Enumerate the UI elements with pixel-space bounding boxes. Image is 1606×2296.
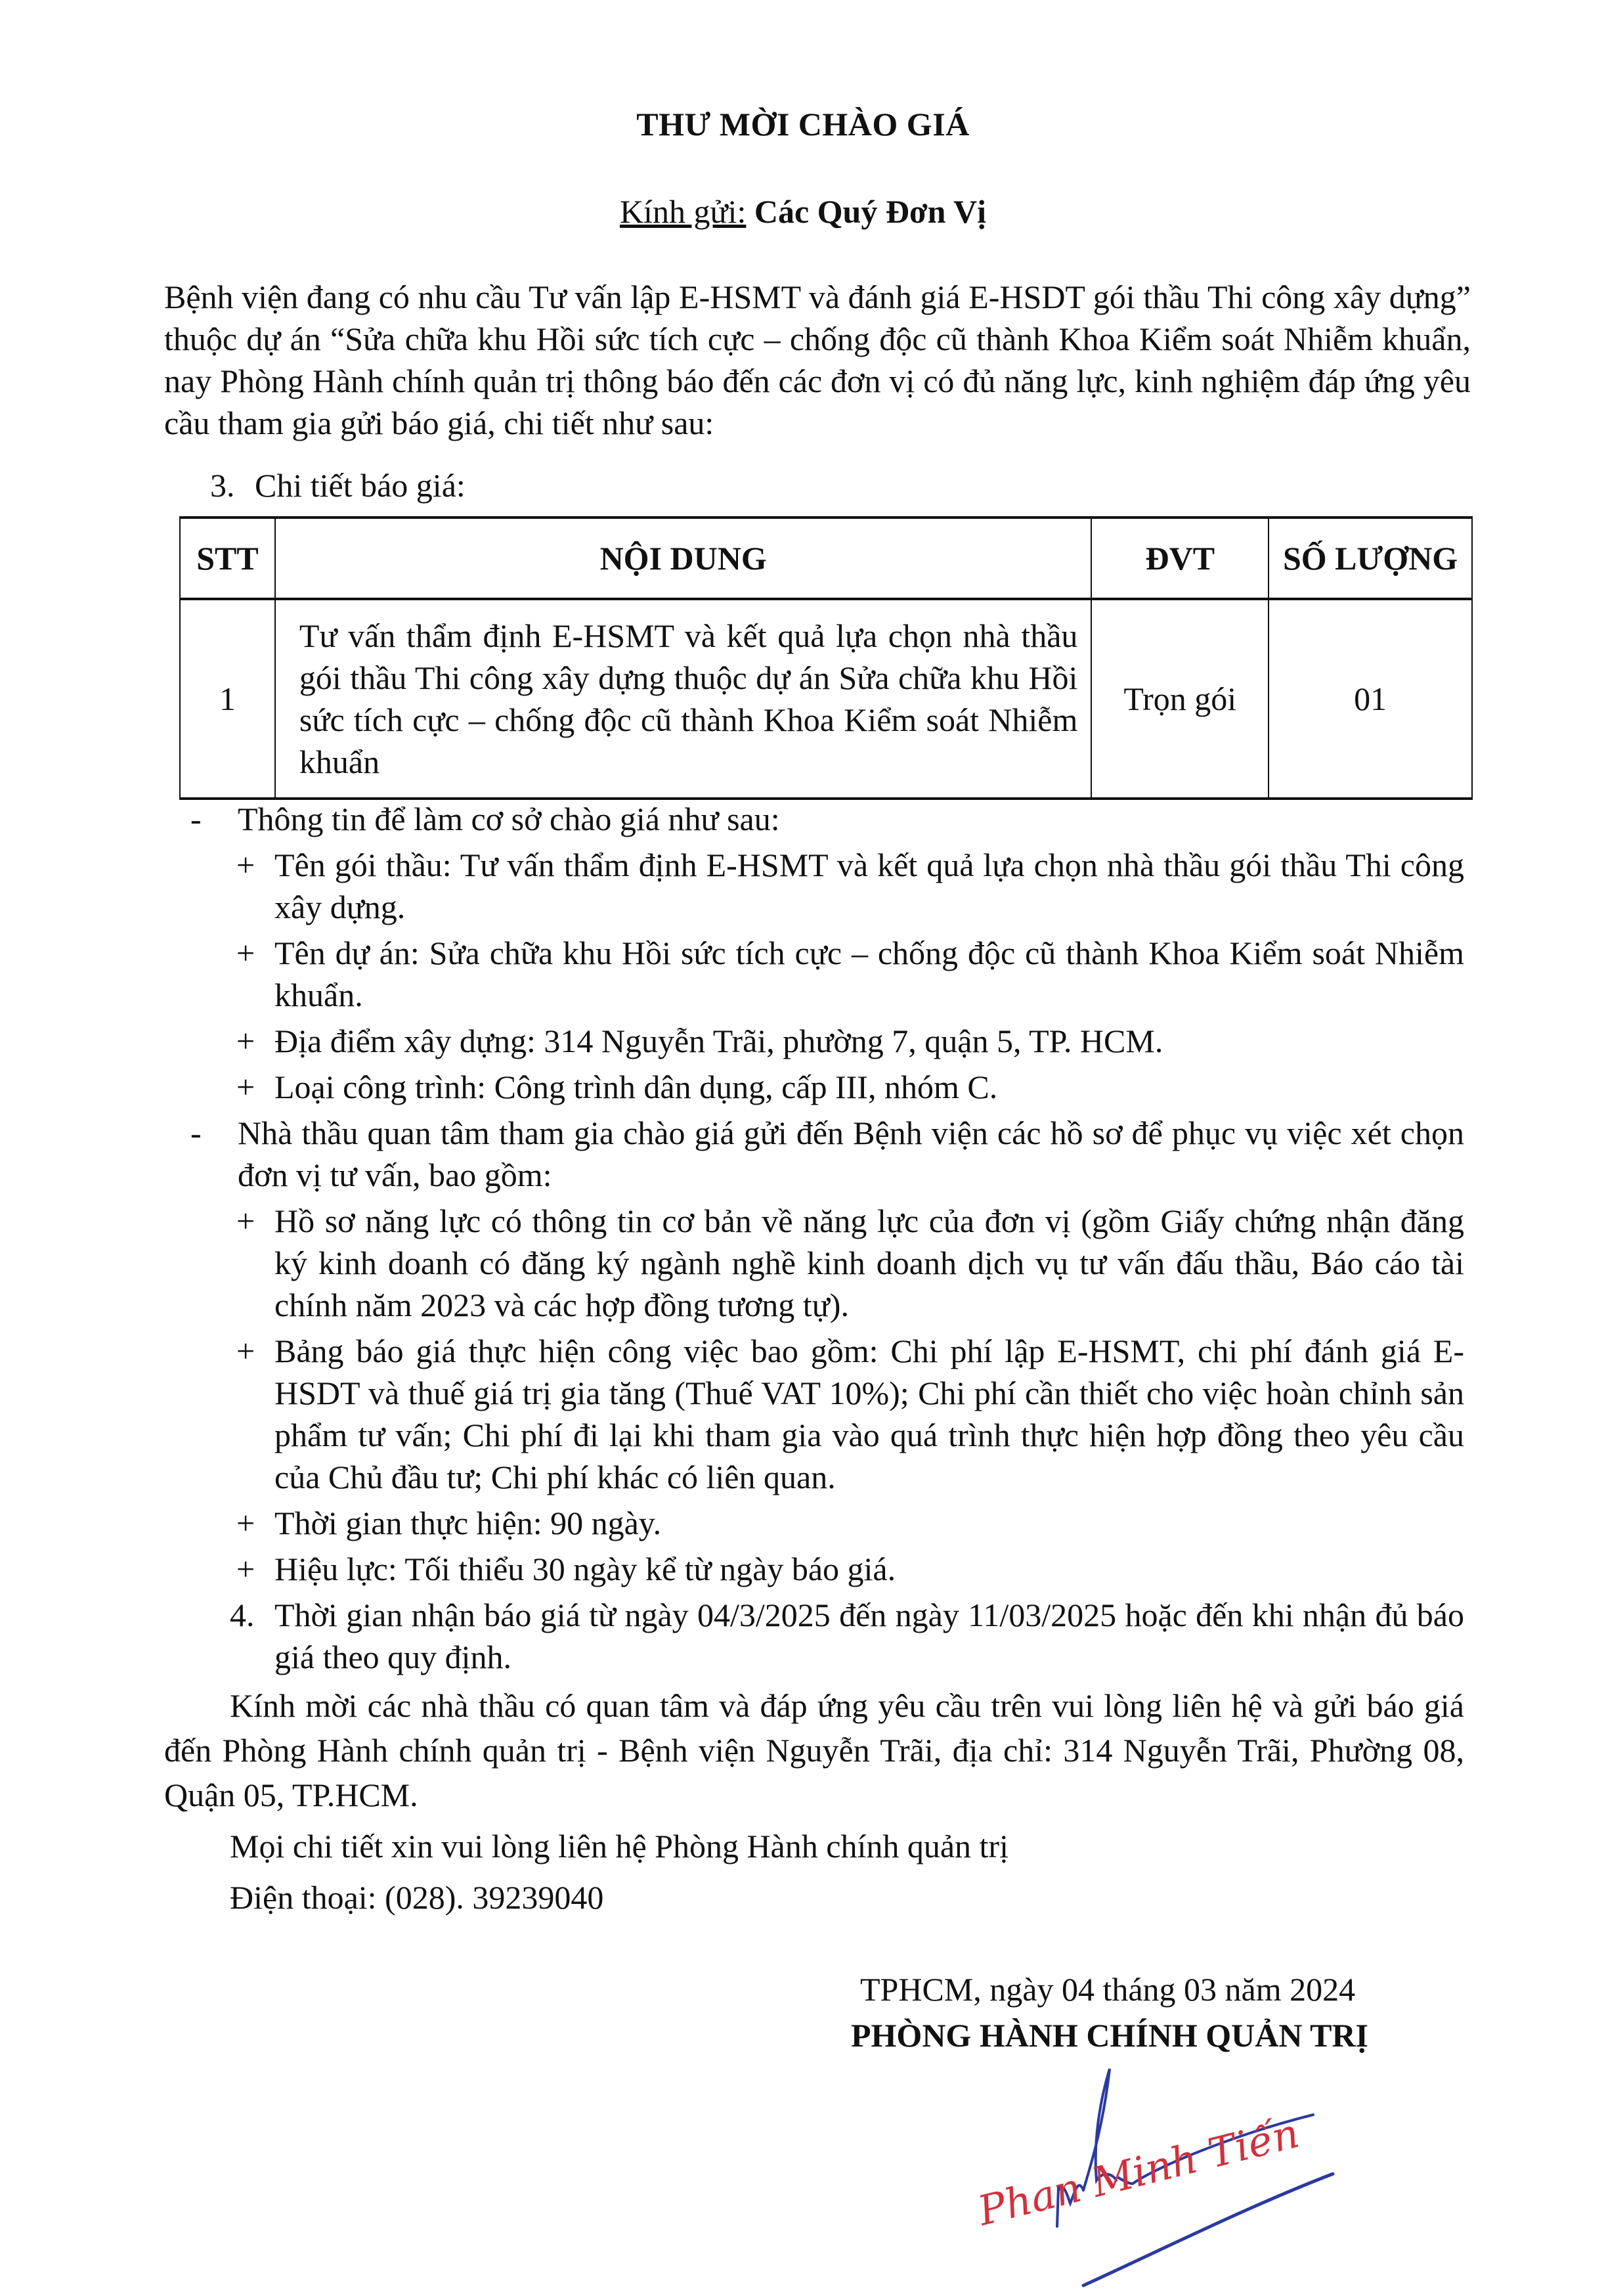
- list-item: + Hiệu lực: Tối thiểu 30 ngày kể từ ngày…: [177, 1548, 1464, 1590]
- basis-heading: - Thông tin để làm cơ sở chào giá như sa…: [177, 798, 1464, 840]
- header-quantity: SỐ LƯỢNG: [1269, 518, 1472, 599]
- section-3-number: 3.: [210, 467, 235, 504]
- section-4: 4. Thời gian nhận báo giá từ ngày 04/3/2…: [177, 1594, 1464, 1678]
- section-4-number: 4.: [230, 1594, 255, 1636]
- list-item-text: Loại công trình: Công trình dân dụng, cấ…: [274, 1069, 997, 1105]
- plus-bullet: +: [236, 1066, 255, 1108]
- cell-content: Tư vấn thẩm định E-HSMT và kết quả lựa c…: [275, 599, 1091, 799]
- list-item: + Thời gian thực hiện: 90 ngày.: [177, 1502, 1464, 1544]
- section-4-text: Thời gian nhận báo giá từ ngày 04/3/2025…: [274, 1597, 1464, 1675]
- plus-bullet: +: [236, 1330, 255, 1372]
- greeting-line: Kính gửi: Các Quý Đơn Vị: [0, 192, 1606, 231]
- cell-stt: 1: [180, 599, 275, 799]
- sign-date: TPHCM, ngày 04 tháng 03 năm 2024: [860, 1970, 1355, 2008]
- greeting-label: Kính gửi:: [620, 193, 746, 230]
- plus-bullet: +: [236, 1548, 255, 1590]
- documents-heading-text: Nhà thầu quan tâm tham gia chào giá gửi …: [238, 1115, 1464, 1193]
- details-list: - Thông tin để làm cơ sở chào giá như sa…: [177, 798, 1464, 1920]
- section-3-label: Chi tiết báo giá:: [255, 467, 466, 504]
- table-header-row: STT NỘI DUNG ĐVT SỐ LƯỢNG: [180, 518, 1472, 599]
- plus-bullet: +: [236, 932, 255, 974]
- list-item: + Tên gói thầu: Tư vấn thẩm định E-HSMT …: [177, 844, 1464, 928]
- section-3-heading: 3. Chi tiết báo giá:: [210, 466, 466, 504]
- list-item-text: Thời gian thực hiện: 90 ngày.: [274, 1505, 661, 1541]
- list-item-text: Tên dự án: Sửa chữa khu Hồi sức tích cực…: [274, 935, 1464, 1013]
- cell-unit: Trọn gói: [1091, 599, 1269, 799]
- list-item-text: Địa điểm xây dựng: 314 Nguyễn Trãi, phườ…: [274, 1023, 1163, 1059]
- plus-bullet: +: [236, 1200, 255, 1242]
- list-item: + Loại công trình: Công trình dân dụng, …: [177, 1066, 1464, 1108]
- header-stt: STT: [180, 518, 275, 599]
- header-content: NỘI DUNG: [275, 518, 1091, 599]
- list-item-text: Bảng báo giá thực hiện công việc bao gồm…: [274, 1333, 1464, 1495]
- cell-quantity: 01: [1269, 599, 1472, 799]
- list-item: + Bảng báo giá thực hiện công việc bao g…: [177, 1330, 1464, 1498]
- documents-heading: - Nhà thầu quan tâm tham gia chào giá gử…: [177, 1112, 1464, 1196]
- basis-heading-text: Thông tin để làm cơ sở chào giá như sau:: [238, 801, 780, 837]
- plus-bullet: +: [236, 844, 255, 886]
- list-item: + Tên dự án: Sửa chữa khu Hồi sức tích c…: [177, 932, 1464, 1016]
- list-item: + Địa điểm xây dựng: 314 Nguyễn Trãi, ph…: [177, 1020, 1464, 1062]
- greeting-recipient: Các Quý Đơn Vị: [754, 193, 986, 230]
- list-item: + Hồ sơ năng lực có thông tin cơ bản về …: [177, 1200, 1464, 1326]
- list-item-text: Hiệu lực: Tối thiểu 30 ngày kể từ ngày b…: [274, 1551, 896, 1587]
- table-row: 1 Tư vấn thẩm định E-HSMT và kết quả lựa…: [180, 599, 1472, 799]
- plus-bullet: +: [236, 1020, 255, 1062]
- document-page: THƯ MỜI CHÀO GIÁ Kính gửi: Các Quý Đơn V…: [0, 0, 1606, 2296]
- dash-bullet: -: [190, 798, 202, 840]
- header-unit: ĐVT: [1091, 518, 1269, 599]
- contact-line: Mọi chi tiết xin vui lòng liên hệ Phòng …: [177, 1824, 1464, 1868]
- plus-bullet: +: [236, 1502, 255, 1544]
- quote-table: STT NỘI DUNG ĐVT SỐ LƯỢNG 1 Tư vấn thẩm …: [179, 516, 1473, 800]
- phone-line: Điện thoại: (028). 39239040: [177, 1875, 1464, 1920]
- intro-paragraph: Bệnh viện đang có nhu cầu Tư vấn lập E-H…: [164, 276, 1471, 444]
- dash-bullet: -: [190, 1112, 202, 1154]
- document-title: THƯ MỜI CHÀO GIÁ: [0, 105, 1606, 143]
- list-item-text: Tên gói thầu: Tư vấn thẩm định E-HSMT và…: [274, 847, 1464, 925]
- list-item-text: Hồ sơ năng lực có thông tin cơ bản về nă…: [274, 1203, 1464, 1323]
- invitation-paragraph: Kính mời các nhà thầu có quan tâm và đáp…: [164, 1683, 1464, 1817]
